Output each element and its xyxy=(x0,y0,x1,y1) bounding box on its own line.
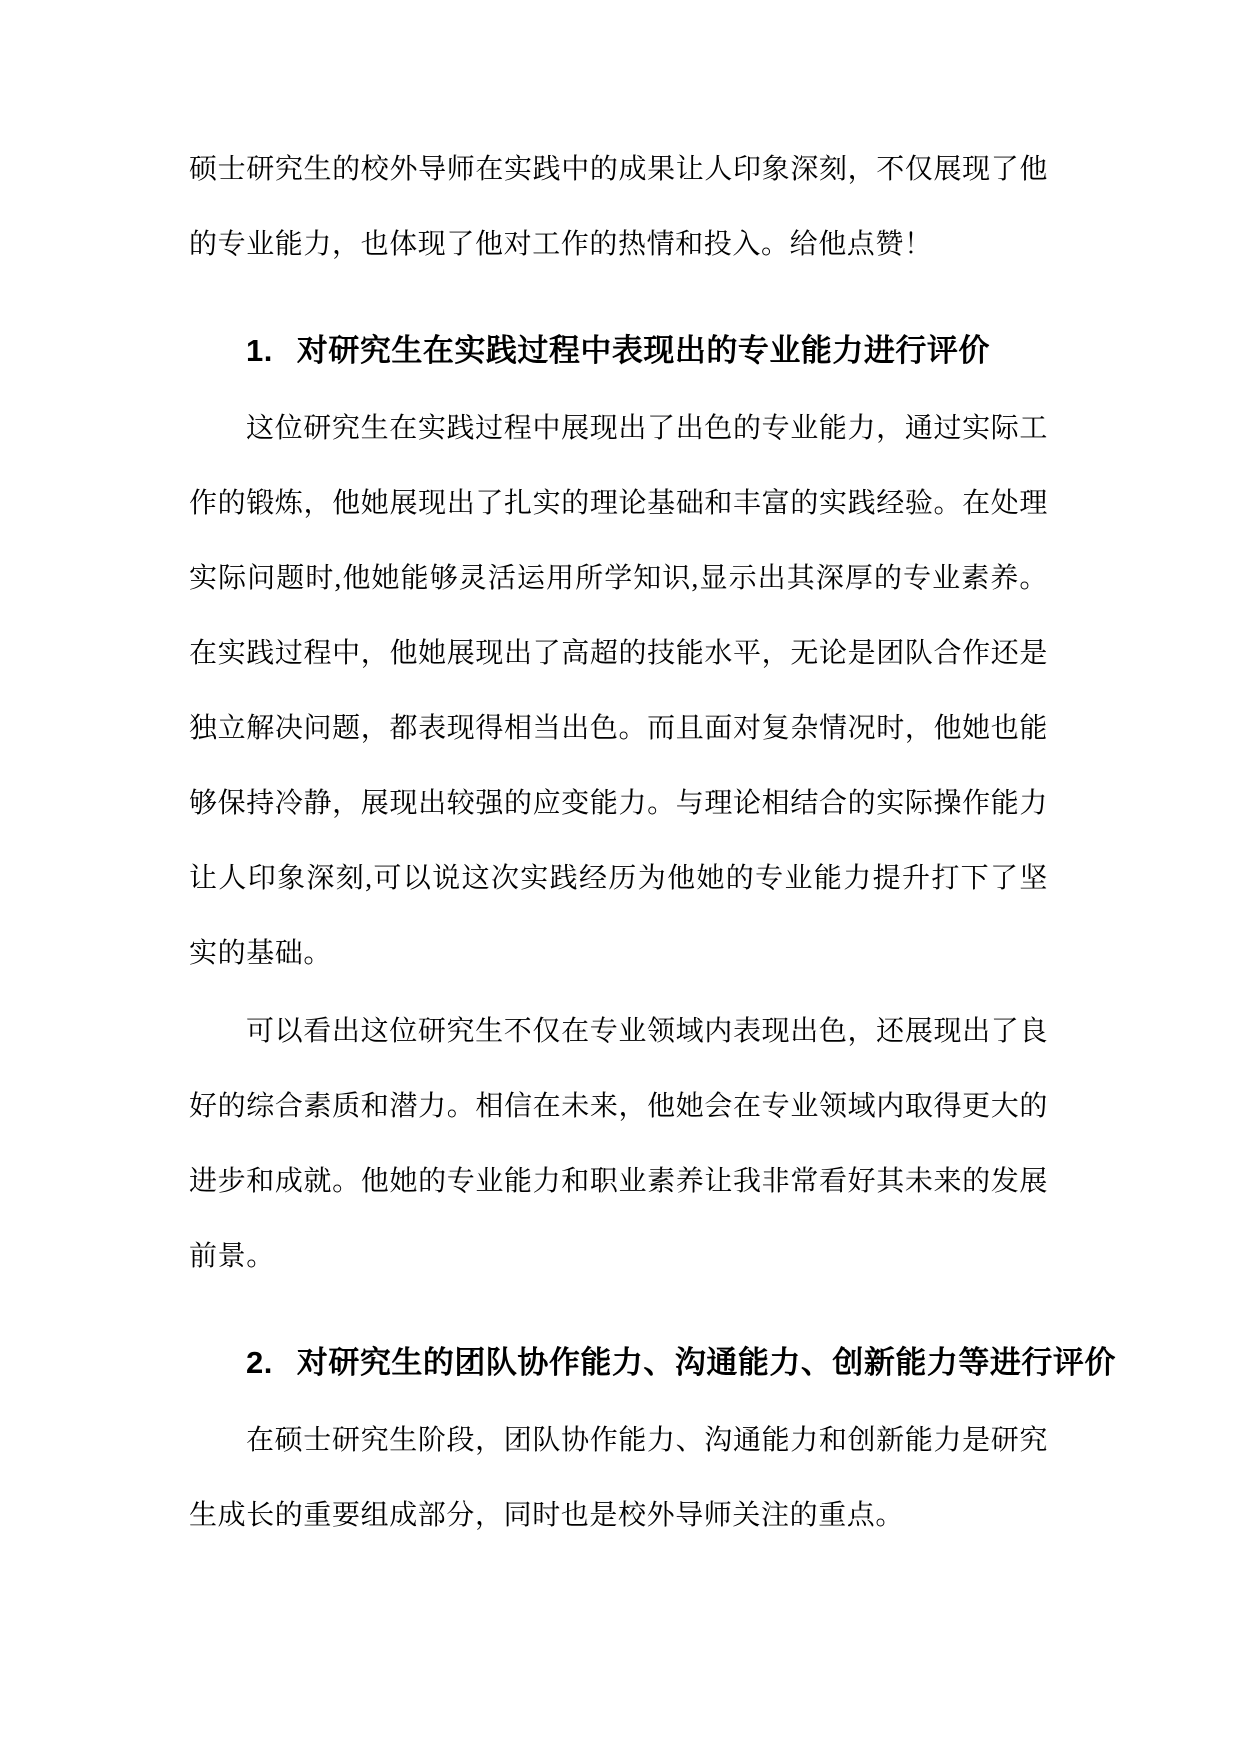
section-2-number: 2. xyxy=(246,1325,273,1400)
section-2-title: 对研究生的团队协作能力、沟通能力、创新能力等进行评价 xyxy=(297,1345,1116,1380)
section-1-heading: 1.对研究生在实践过程中表现出的专业能力进行评价 xyxy=(189,313,1048,388)
page-content: 硕士研究生的校外导师在实践中的成果让人印象深刻，不仅展现了他的专业能力，也体现了… xyxy=(189,132,1048,1556)
section-2-paragraph-1: 在硕士研究生阶段，团队协作能力、沟通能力和创新能力是研究生成长的重要组成部分，同… xyxy=(189,1403,1048,1553)
section-1-title: 对研究生在实践过程中表现出的专业能力进行评价 xyxy=(297,333,990,368)
section-1-paragraph-1: 这位研究生在实践过程中展现出了出色的专业能力，通过实际工作的锻炼，他她展现出了扎… xyxy=(189,391,1048,991)
section-1-number: 1. xyxy=(246,313,273,388)
intro-paragraph: 硕士研究生的校外导师在实践中的成果让人印象深刻，不仅展现了他的专业能力，也体现了… xyxy=(189,132,1048,282)
section-2-heading: 2.对研究生的团队协作能力、沟通能力、创新能力等进行评价 xyxy=(189,1325,1048,1400)
section-1-paragraph-2: 可以看出这位研究生不仅在专业领域内表现出色，还展现出了良好的综合素质和潜力。相信… xyxy=(189,994,1048,1294)
document-page: 硕士研究生的校外导师在实践中的成果让人印象深刻，不仅展现了他的专业能力，也体现了… xyxy=(0,0,1241,1754)
